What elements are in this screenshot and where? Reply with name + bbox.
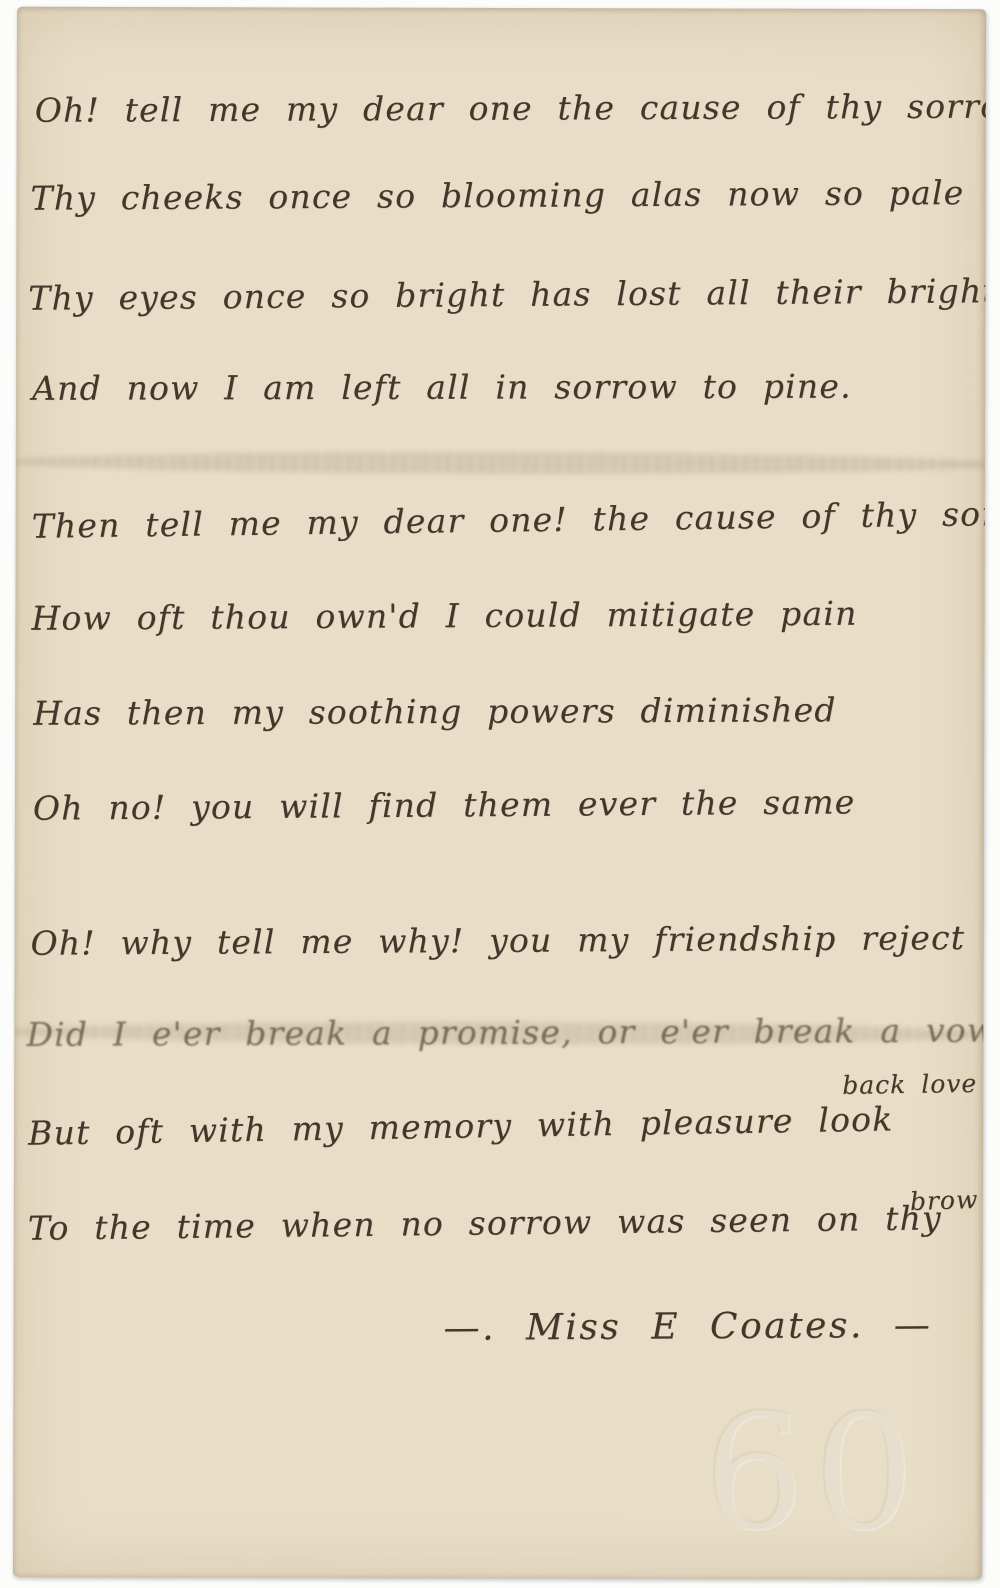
scan-background: Oh! tell me my dear one the cause of thy… — [0, 0, 1000, 1588]
poem-line-faded: Did I e'er break a promise, or e'er brea… — [26, 1011, 986, 1054]
fold-crease — [13, 451, 986, 476]
poem-line: Then tell me my dear one! the cause of t… — [31, 493, 986, 546]
poem-line: Oh! tell me my dear one the cause of thy… — [35, 86, 986, 129]
poem-line: Oh no! you will find them ever the same — [33, 782, 856, 827]
poem-line: Oh! why tell me why! you my friendship r… — [30, 917, 986, 962]
poem-line: Thy cheeks once so blooming alas now so … — [30, 173, 964, 218]
poem-line: Has then my soothing powers diminished — [33, 690, 837, 733]
poem-line: But oft with my memory with pleasure loo… — [28, 1099, 894, 1152]
signature: —. Miss E Coates. — — [443, 1305, 932, 1349]
letter-page: Oh! tell me my dear one the cause of thy… — [13, 7, 986, 1580]
embossed-mark: 60 — [703, 1379, 923, 1567]
poem-line: How oft thou own'd I could mitigate pain — [31, 594, 857, 638]
inserted-words: back love — [842, 1069, 977, 1100]
poem-line: And now I am left all in sorrow to pine. — [32, 367, 852, 408]
poem-line: Thy eyes once so bright has lost all the… — [28, 271, 986, 318]
poem-line: To the time when no sorrow was seen on t… — [28, 1198, 942, 1247]
